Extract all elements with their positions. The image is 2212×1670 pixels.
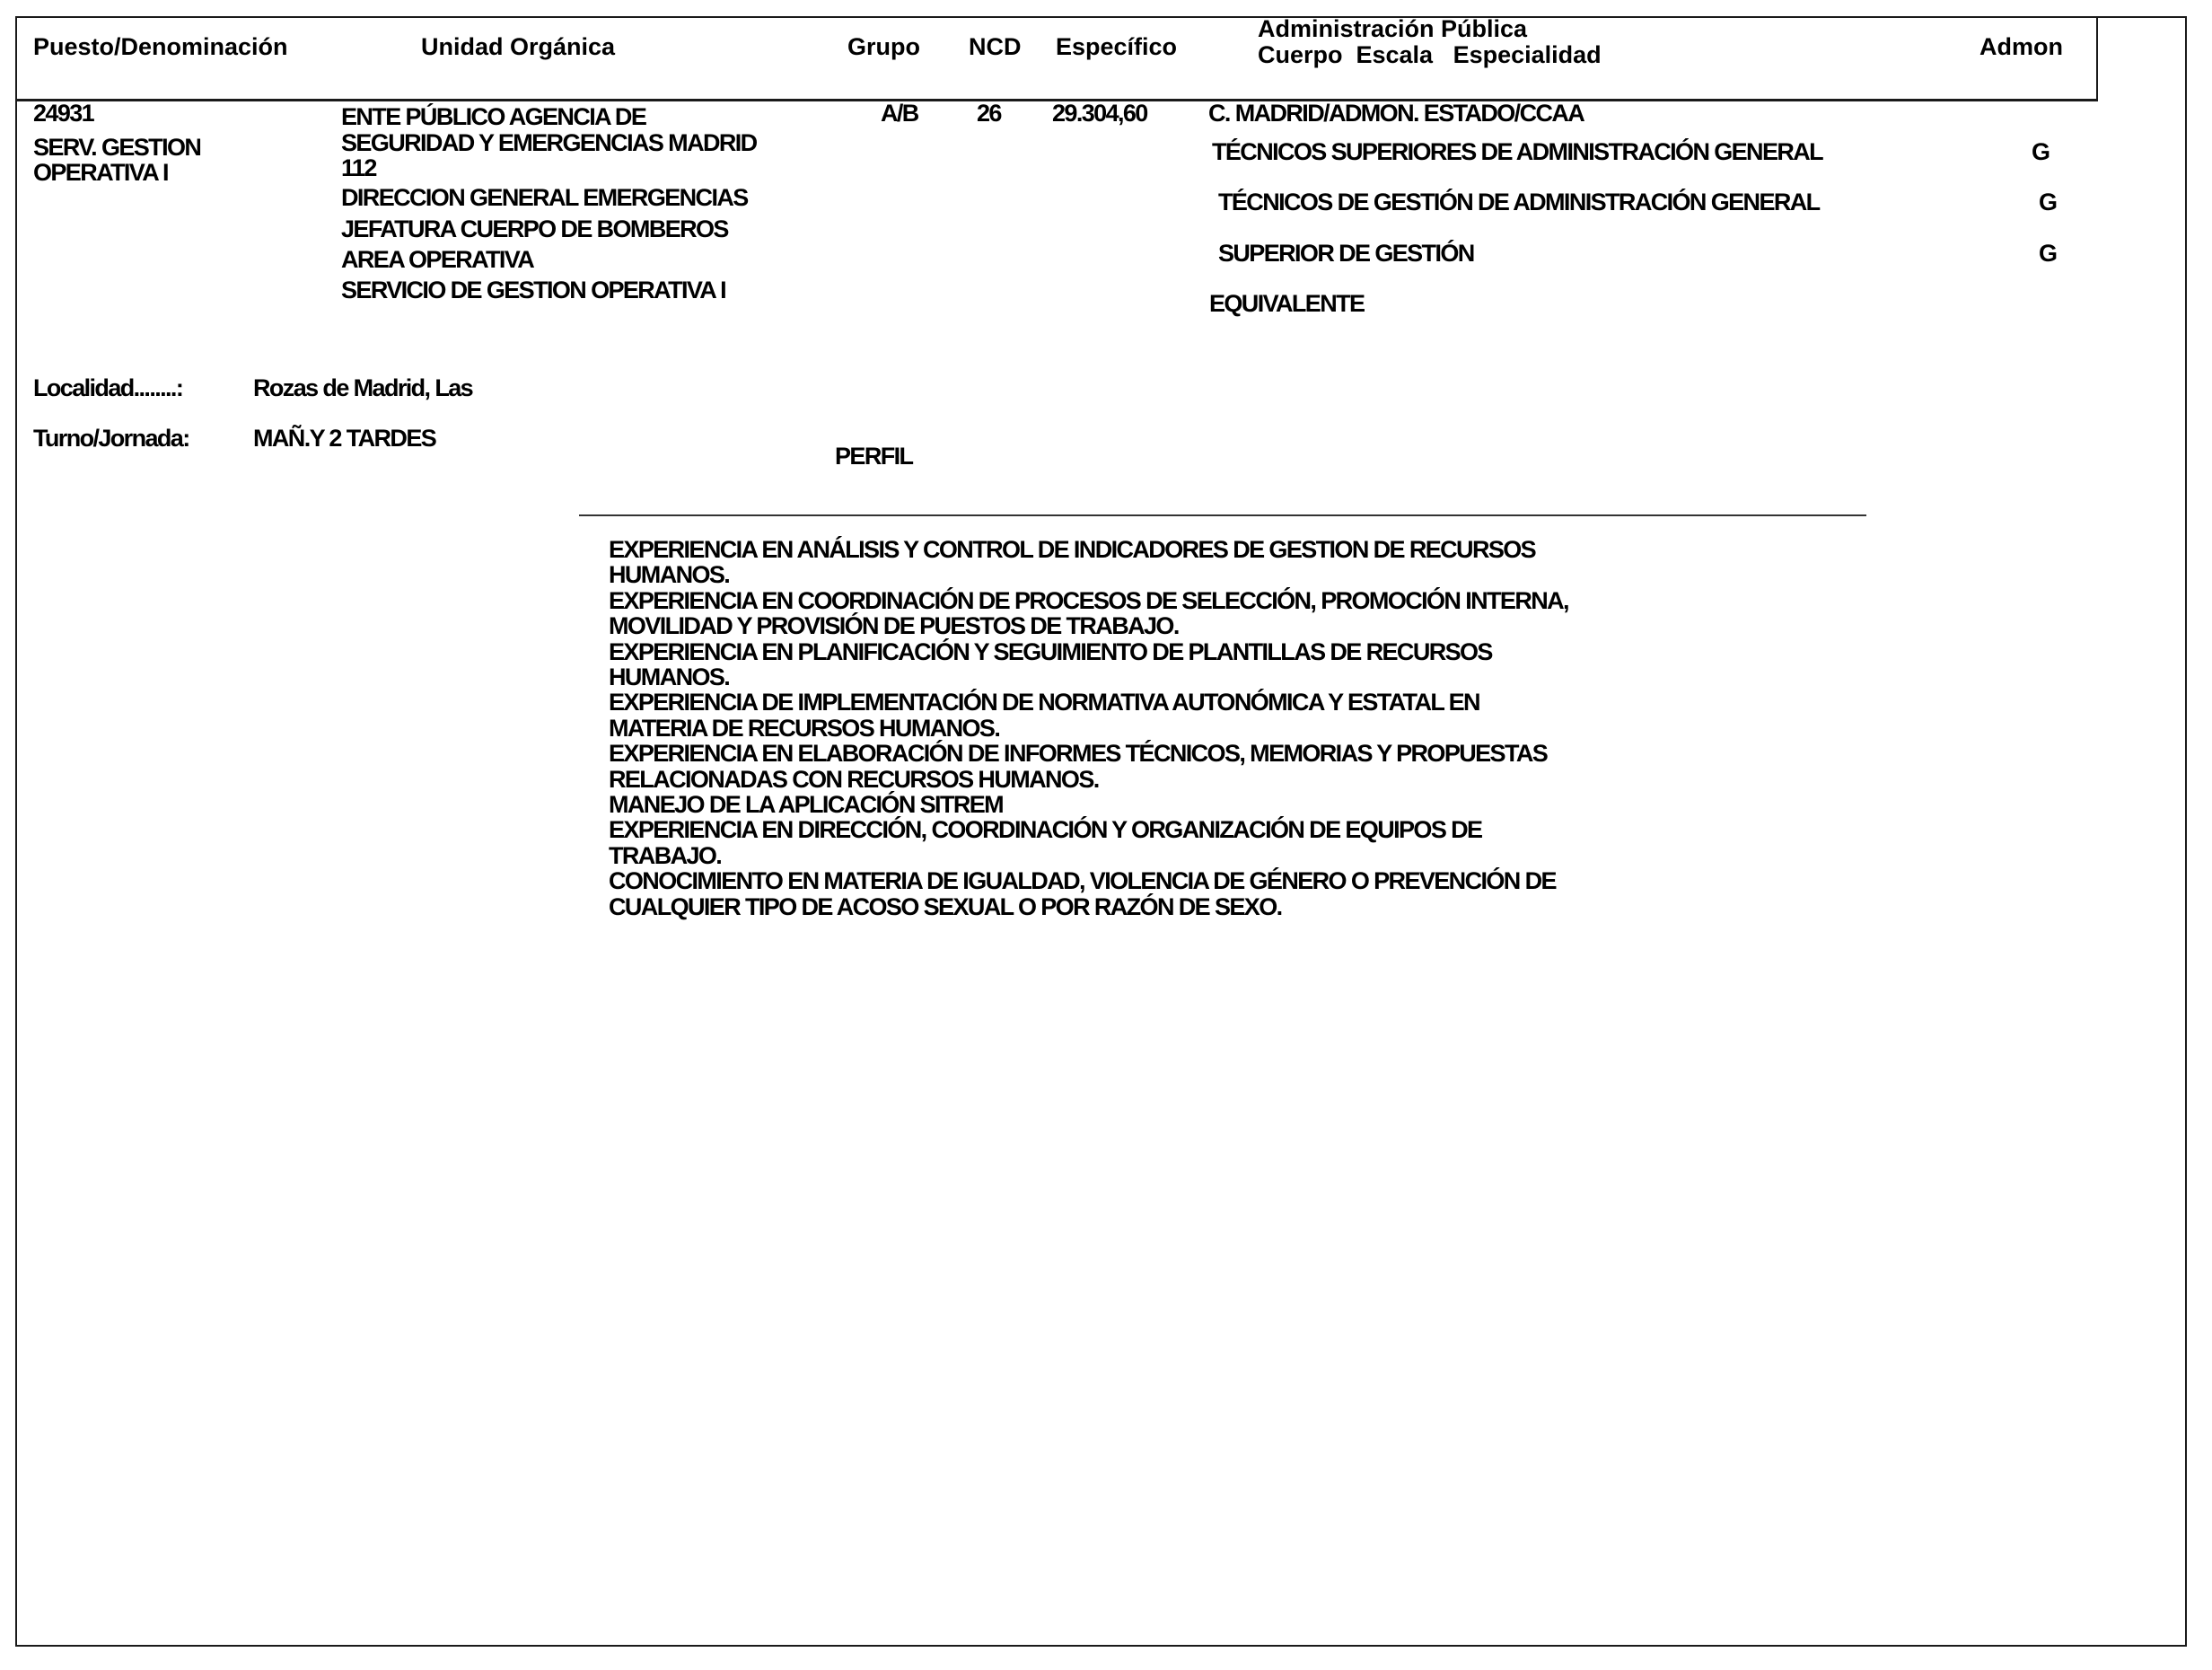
unidad-line: SERVICIO DE GESTION OPERATIVA I	[341, 277, 725, 303]
cuerpo-nombre: TÉCNICOS DE GESTIÓN DE ADMINISTRACIÓN GE…	[1218, 189, 1820, 215]
perfil-line: EXPERIENCIA EN DIRECCIÓN, COORDINACIÓN Y…	[609, 817, 1776, 842]
header-especifico: Específico	[1056, 34, 1177, 59]
cuerpo-admon: G	[2039, 189, 2056, 215]
perfil-line: MOVILIDAD Y PROVISIÓN DE PUESTOS DE TRAB…	[609, 613, 1776, 638]
perfil-line: TRABAJO.	[609, 843, 1776, 868]
perfil-line: MATERIA DE RECURSOS HUMANOS.	[609, 716, 1776, 741]
administracion-value: C. MADRID/ADMON. ESTADO/CCAA	[1208, 101, 1584, 126]
header-admon: Admon	[1979, 34, 2063, 59]
perfil-title: PERFIL	[835, 444, 912, 469]
unidad-line: DIRECCION GENERAL EMERGENCIAS	[341, 185, 748, 210]
perfil-requirements: EXPERIENCIA EN ANÁLISIS Y CONTROL DE IND…	[609, 537, 1776, 919]
puesto-codigo: 24931	[33, 101, 93, 126]
header-ncd: NCD	[969, 34, 1022, 59]
perfil-line: EXPERIENCIA EN COORDINACIÓN DE PROCESOS …	[609, 588, 1776, 613]
puesto-denominacion-1: SERV. GESTION	[33, 135, 200, 160]
grupo-value: A/B	[881, 101, 918, 126]
unidad-line: AREA OPERATIVA	[341, 247, 533, 272]
turno-value: MAÑ.Y 2 TARDES	[253, 426, 435, 451]
perfil-divider	[579, 514, 1866, 516]
turno-label: Turno/Jornada:	[33, 426, 189, 451]
perfil-line: EXPERIENCIA EN ELABORACIÓN DE INFORMES T…	[609, 741, 1776, 766]
header-grupo: Grupo	[847, 34, 920, 59]
unidad-line: 112	[341, 155, 376, 180]
perfil-line: CONOCIMIENTO EN MATERIA DE IGUALDAD, VIO…	[609, 868, 1776, 893]
perfil-line: EXPERIENCIA EN ANÁLISIS Y CONTROL DE IND…	[609, 537, 1776, 562]
header-unidad: Unidad Orgánica	[421, 34, 615, 59]
header-cuerpo-escala: Cuerpo Escala Especialidad	[1258, 42, 1602, 67]
perfil-line: MANEJO DE LA APLICACIÓN SITREM	[609, 792, 1776, 817]
puesto-denominacion-2: OPERATIVA I	[33, 160, 168, 185]
localidad-value: Rozas de Madrid, Las	[253, 375, 472, 400]
perfil-line: RELACIONADAS CON RECURSOS HUMANOS.	[609, 767, 1776, 792]
cuerpo-admon: G	[2039, 241, 2056, 266]
perfil-line: HUMANOS.	[609, 664, 1776, 690]
perfil-line: EXPERIENCIA DE IMPLEMENTACIÓN DE NORMATI…	[609, 690, 1776, 715]
cuerpo-nombre: EQUIVALENTE	[1209, 291, 1364, 316]
perfil-line: HUMANOS.	[609, 562, 1776, 587]
unidad-line: ENTE PÚBLICO AGENCIA DE	[341, 104, 645, 129]
header-puesto: Puesto/Denominación	[33, 34, 288, 59]
cuerpo-nombre: SUPERIOR DE GESTIÓN	[1218, 241, 1474, 266]
perfil-line: EXPERIENCIA EN PLANIFICACIÓN Y SEGUIMIEN…	[609, 639, 1776, 664]
unidad-line: SEGURIDAD Y EMERGENCIAS MADRID	[341, 130, 757, 155]
unidad-line: JEFATURA CUERPO DE BOMBEROS	[341, 216, 728, 242]
cuerpo-nombre: TÉCNICOS SUPERIORES DE ADMINISTRACIÓN GE…	[1212, 139, 1822, 164]
ncd-value: 26	[977, 101, 1001, 126]
cuerpo-admon: G	[2032, 139, 2049, 164]
localidad-label: Localidad........:	[33, 375, 182, 400]
especifico-value: 29.304,60	[1052, 101, 1147, 126]
perfil-line: CUALQUIER TIPO DE ACOSO SEXUAL O POR RAZ…	[609, 894, 1776, 919]
header-admin-publica: Administración Pública	[1258, 16, 1527, 41]
